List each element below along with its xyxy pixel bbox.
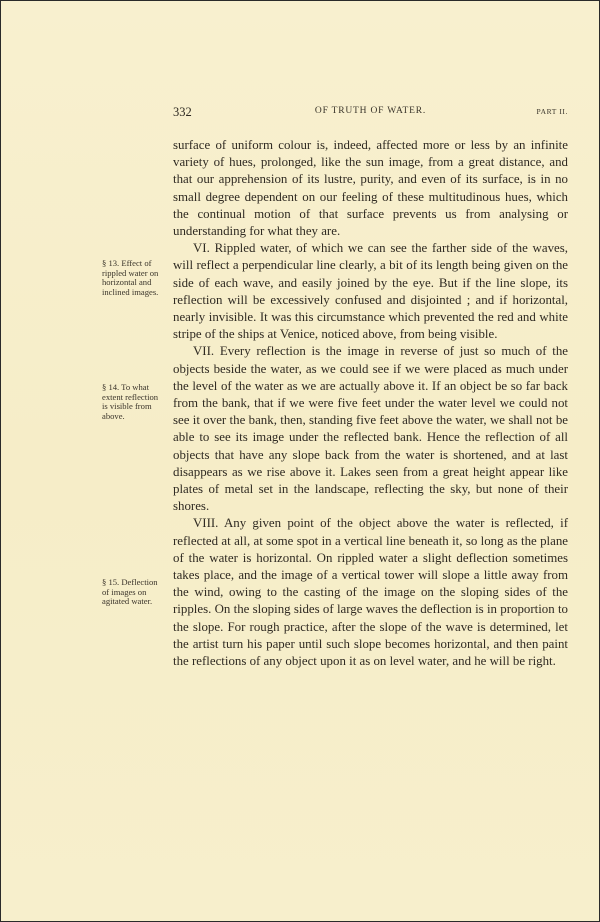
paragraph-vi: VI. Rippled water, of which we can see t… xyxy=(173,240,568,343)
paragraph-text: Every reflection is the image in reverse… xyxy=(173,344,568,513)
paragraph-continuation: surface of uniform colour is, indeed, af… xyxy=(173,137,568,240)
sidenote-section-13: § 13. Effect of rippled water on horizon… xyxy=(102,259,164,297)
paragraph-viii: VIII. Any given point of the object abov… xyxy=(173,515,568,670)
paragraph-numeral: VI. xyxy=(193,241,210,255)
paragraph-vii: VII. Every reflection is the image in re… xyxy=(173,343,568,515)
paragraph-text: Rippled water, of which we can see the f… xyxy=(173,241,568,341)
running-title: OF TRUTH OF WATER. xyxy=(173,106,568,116)
book-page: 332 OF TRUTH OF WATER. PART II. § 13. Ef… xyxy=(0,0,600,922)
sidenote-section-15: § 15. Deflection of images on agitated w… xyxy=(102,578,164,607)
body-text: surface of uniform colour is, indeed, af… xyxy=(173,137,568,670)
part-label: PART II. xyxy=(537,107,568,116)
paragraph-numeral: VII. xyxy=(193,344,214,358)
paragraph-numeral: VIII. xyxy=(193,516,218,530)
paragraph-text: surface of uniform colour is, indeed, af… xyxy=(173,138,568,238)
page-header: 332 OF TRUTH OF WATER. PART II. xyxy=(173,105,568,121)
paragraph-text: Any given point of the object above the … xyxy=(173,516,568,668)
sidenote-section-14: § 14. To what extent reflection is visib… xyxy=(102,383,164,421)
